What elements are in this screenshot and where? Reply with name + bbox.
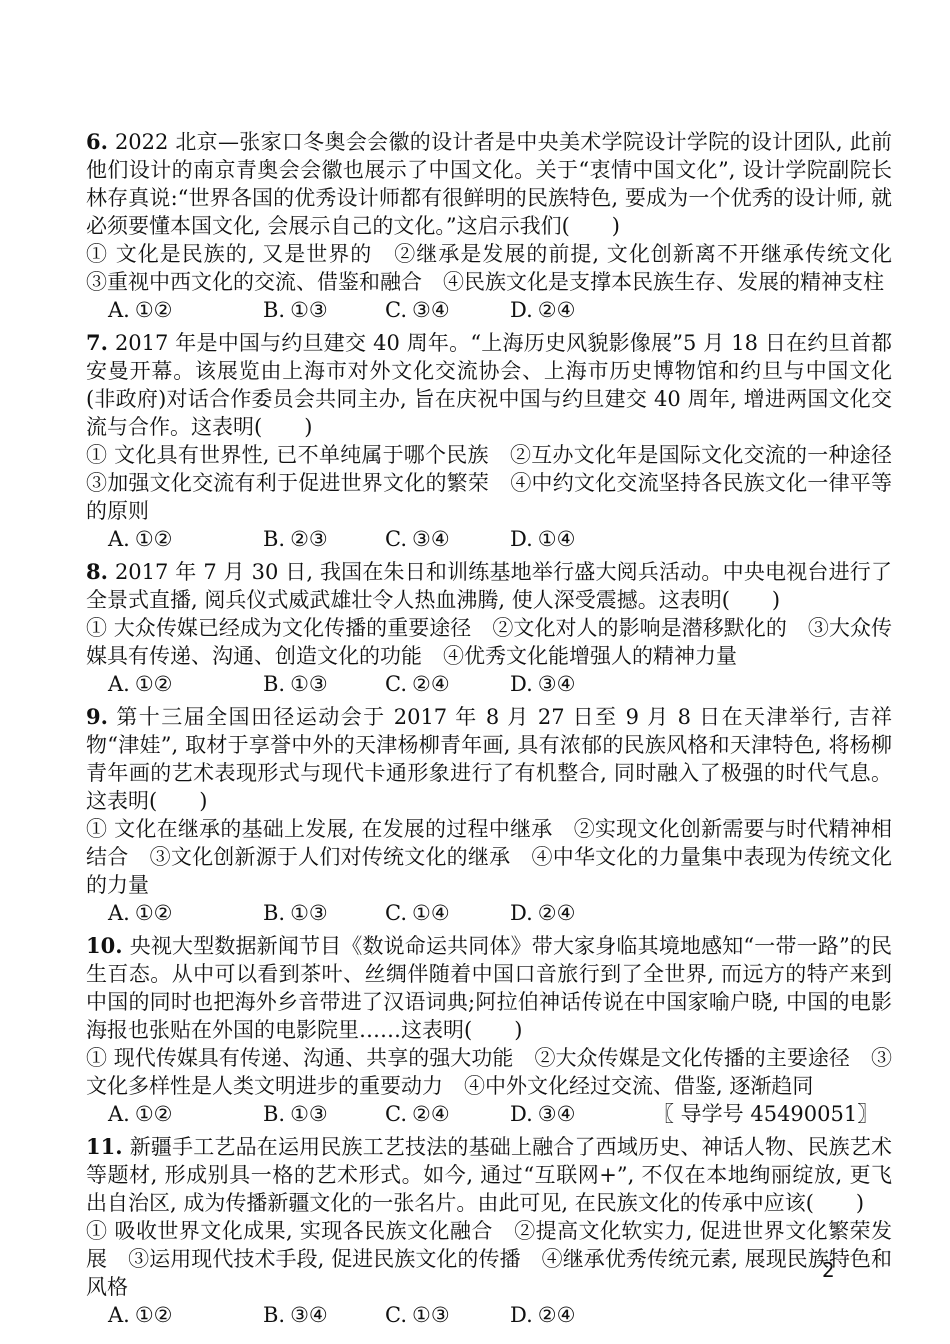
question-9-number: 9. [86, 704, 108, 729]
question-7-stem: 7.2017 年是中国与约旦建交 40 周年。“上海历史风貌影像展”5 月 18… [86, 329, 892, 441]
choice-c-value: ②④ [412, 1102, 450, 1126]
question-8-text: 2017 年 7 月 30 日, 我国在朱日和训练基地举行盛大阅兵活动。中央电视… [86, 560, 892, 612]
question-9-answer-choices: A.①②B.①③C.①④D.②④ [108, 899, 892, 927]
choice-c-value: ③④ [412, 298, 450, 322]
choice-b: B.③④ [263, 1301, 385, 1329]
choice-c: C.①③ [385, 1301, 510, 1329]
question-11-answer-choices: A.①②B.③④C.①③D.②④ [108, 1301, 892, 1329]
choice-a: A.①② [108, 899, 263, 927]
question-10-number: 10. [86, 933, 123, 958]
choice-b-label: B. [263, 1303, 285, 1327]
choice-c-label: C. [385, 672, 407, 696]
choice-a-label: A. [108, 298, 130, 322]
choice-b-label: B. [263, 298, 285, 322]
choice-d: D.②④ [510, 899, 653, 927]
question-10-stem: 10.央视大型数据新闻节目《数说命运共同体》带大家身临其境地感知“一带一路”的民… [86, 932, 892, 1044]
question-6-text: 2022 北京—张家口冬奥会会徽的设计者是中央美术学院设计学院的设计团队, 此前… [86, 130, 892, 238]
choice-a-value: ①② [135, 527, 173, 551]
choice-a-value: ①② [135, 901, 173, 925]
question-11-statements: ① 吸收世界文化成果, 实现各民族文化融合 ②提高文化软实力, 促进世界文化繁荣… [86, 1217, 892, 1301]
question-8-stem: 8.2017 年 7 月 30 日, 我国在朱日和训练基地举行盛大阅兵活动。中央… [86, 558, 892, 614]
choice-c-label: C. [385, 527, 407, 551]
choice-c-label: C. [385, 1102, 407, 1126]
choice-c: C.①④ [385, 899, 510, 927]
choice-a: A.①② [108, 670, 263, 698]
choice-d-value: ②④ [538, 901, 576, 925]
choice-a: A.①② [108, 1301, 263, 1329]
choice-d-value: ①④ [538, 527, 576, 551]
document-page: 6.2022 北京—张家口冬奥会会徽的设计者是中央美术学院设计学院的设计团队, … [0, 0, 950, 1344]
choice-b: B.①③ [263, 296, 385, 324]
choice-b-value: ③④ [290, 1303, 328, 1327]
choice-b-label: B. [263, 672, 285, 696]
choice-a-label: A. [108, 1303, 130, 1327]
choice-d-label: D. [510, 1303, 533, 1327]
question-6-stem: 6.2022 北京—张家口冬奥会会徽的设计者是中央美术学院设计学院的设计团队, … [86, 128, 892, 240]
choice-d: D.③④ [510, 670, 653, 698]
choice-d: D.②④ [510, 1301, 653, 1329]
choice-d-value: ③④ [538, 672, 576, 696]
page-number: 2 [822, 1258, 835, 1282]
question-6: 6.2022 北京—张家口冬奥会会徽的设计者是中央美术学院设计学院的设计团队, … [86, 128, 892, 324]
choice-c-label: C. [385, 1303, 407, 1327]
question-11-stem: 11.新疆手工艺品在运用民族工艺技法的基础上融合了西域历史、神话人物、民族艺术等… [86, 1133, 892, 1217]
choice-d-label: D. [510, 672, 533, 696]
question-7-text: 2017 年是中国与约旦建交 40 周年。“上海历史风貌影像展”5 月 18 日… [86, 331, 892, 439]
question-7: 7.2017 年是中国与约旦建交 40 周年。“上海历史风貌影像展”5 月 18… [86, 329, 892, 553]
choice-a-value: ①② [135, 1303, 173, 1327]
question-9-statements: ① 文化在继承的基础上发展, 在发展的过程中继承 ②实现文化创新需要与时代精神相… [86, 815, 892, 899]
question-7-number: 7. [86, 330, 108, 355]
choice-b-value: ②③ [290, 527, 328, 551]
question-11: 11.新疆手工艺品在运用民族工艺技法的基础上融合了西域历史、神话人物、民族艺术等… [86, 1133, 892, 1329]
question-8: 8.2017 年 7 月 30 日, 我国在朱日和训练基地举行盛大阅兵活动。中央… [86, 558, 892, 698]
question-8-statements: ① 大众传媒已经成为文化传播的重要途径 ②文化对人的影响是潜移默化的 ③大众传媒… [86, 614, 892, 670]
question-7-answer-choices: A.①②B.②③C.③④D.①④ [108, 525, 892, 553]
choice-d: D.①④ [510, 525, 653, 553]
question-9-text: 第十三届全国田径运动会于 2017 年 8 月 27 日至 9 月 8 日在天津… [86, 705, 892, 813]
choice-a-label: A. [108, 527, 130, 551]
choice-c: C.②④ [385, 670, 510, 698]
choice-c: C.③④ [385, 296, 510, 324]
choice-a-label: A. [108, 1102, 130, 1126]
choice-b-label: B. [263, 901, 285, 925]
choice-c-value: ③④ [412, 527, 450, 551]
choice-d: D.②④ [510, 296, 653, 324]
choice-d-label: D. [510, 298, 533, 322]
question-8-answer-choices: A.①②B.①③C.②④D.③④ [108, 670, 892, 698]
choice-a: A.①② [108, 296, 263, 324]
question-11-number: 11. [86, 1134, 123, 1159]
question-9: 9.第十三届全国田径运动会于 2017 年 8 月 27 日至 9 月 8 日在… [86, 703, 892, 927]
choice-b-value: ①③ [290, 1102, 328, 1126]
choice-a-value: ①② [135, 672, 173, 696]
choice-a: A.①② [108, 525, 263, 553]
question-10-text: 央视大型数据新闻节目《数说命运共同体》带大家身临其境地感知“一带一路”的民生百态… [86, 934, 892, 1042]
daoxuehao-tag: 〖 导学号 45490051〗 [653, 1100, 878, 1128]
choice-b-label: B. [263, 1102, 285, 1126]
choice-b-value: ①③ [290, 901, 328, 925]
question-8-number: 8. [86, 559, 108, 584]
question-6-answer-choices: A.①②B.①③C.③④D.②④ [108, 296, 892, 324]
choice-c-value: ①④ [412, 901, 450, 925]
choice-d: D.③④ [510, 1100, 653, 1128]
choice-d-label: D. [510, 1102, 533, 1126]
question-11-text: 新疆手工艺品在运用民族工艺技法的基础上融合了西域历史、神话人物、民族艺术等题材,… [86, 1135, 892, 1215]
choice-d-label: D. [510, 527, 533, 551]
choice-c-label: C. [385, 298, 407, 322]
choice-c-value: ②④ [412, 672, 450, 696]
choice-b: B.①③ [263, 1100, 385, 1128]
choice-b: B.①③ [263, 899, 385, 927]
choice-a-label: A. [108, 901, 130, 925]
choice-b-label: B. [263, 527, 285, 551]
choice-b: B.②③ [263, 525, 385, 553]
question-10-answer-choices: A.①②B.①③C.②④D.③④〖 导学号 45490051〗 [108, 1100, 892, 1128]
choice-c-value: ①③ [412, 1303, 450, 1327]
question-7-statements: ① 文化具有世界性, 已不单纯属于哪个民族 ②互办文化年是国际文化交流的一种途径… [86, 441, 892, 525]
question-6-statements: ① 文化是民族的, 又是世界的 ②继承是发展的前提, 文化创新离不开继承传统文化… [86, 240, 892, 296]
choice-d-value: ③④ [538, 1102, 576, 1126]
choice-d-label: D. [510, 901, 533, 925]
question-6-number: 6. [86, 129, 108, 154]
choice-c: C.②④ [385, 1100, 510, 1128]
choice-b-value: ①③ [290, 298, 328, 322]
questions-list: 6.2022 北京—张家口冬奥会会徽的设计者是中央美术学院设计学院的设计团队, … [86, 128, 892, 1334]
choice-b-value: ①③ [290, 672, 328, 696]
choice-c: C.③④ [385, 525, 510, 553]
choice-a-value: ①② [135, 1102, 173, 1126]
choice-d-value: ②④ [538, 1303, 576, 1327]
question-9-stem: 9.第十三届全国田径运动会于 2017 年 8 月 27 日至 9 月 8 日在… [86, 703, 892, 815]
question-10: 10.央视大型数据新闻节目《数说命运共同体》带大家身临其境地感知“一带一路”的民… [86, 932, 892, 1128]
choice-a-value: ①② [135, 298, 173, 322]
choice-a-label: A. [108, 672, 130, 696]
choice-b: B.①③ [263, 670, 385, 698]
choice-d-value: ②④ [538, 298, 576, 322]
choice-a: A.①② [108, 1100, 263, 1128]
question-10-statements: ① 现代传媒具有传递、沟通、共享的强大功能 ②大众传媒是文化传播的主要途径 ③文… [86, 1044, 892, 1100]
choice-c-label: C. [385, 901, 407, 925]
